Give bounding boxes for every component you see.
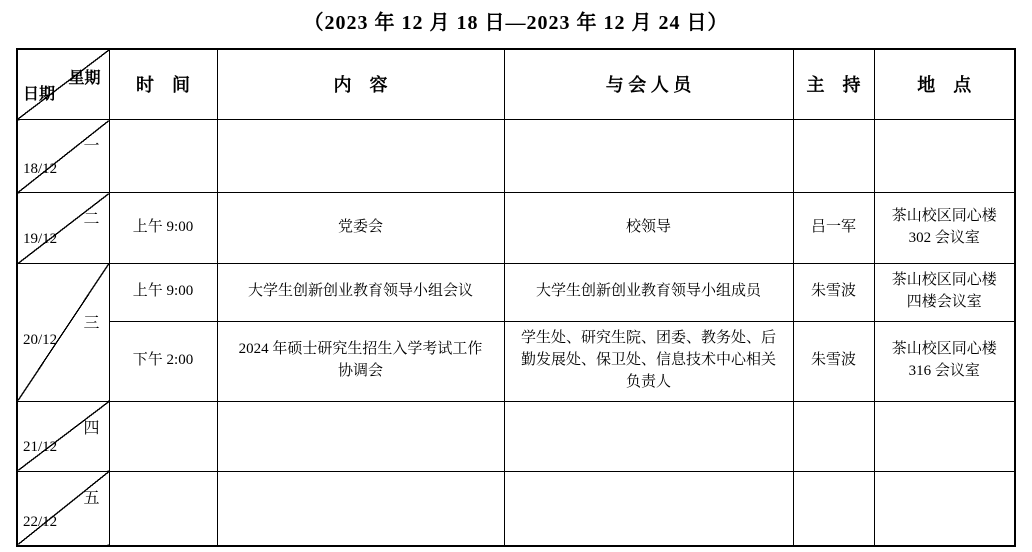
row-monday: 一 18/12 bbox=[17, 120, 1015, 193]
host-cell bbox=[793, 471, 874, 546]
host-cell: 吕一军 bbox=[793, 193, 874, 263]
content-cell bbox=[217, 120, 504, 193]
day-cell-tuesday: 二 19/12 bbox=[17, 193, 109, 263]
row-friday: 五 22/12 bbox=[17, 471, 1015, 546]
day-cell-wednesday: 三 20/12 bbox=[17, 263, 109, 401]
row-tuesday: 二 19/12 上午 9:00 党委会 校领导 吕一军 茶山校区同心楼 302 … bbox=[17, 193, 1015, 263]
weekday-label: 四 bbox=[83, 417, 99, 440]
location-cell: 茶山校区同心楼 316 会议室 bbox=[874, 321, 1015, 401]
content-cell: 大学生创新创业教育领导小组会议 bbox=[217, 263, 504, 321]
header-corner-week-label: 星期 bbox=[68, 67, 100, 90]
attendees-cell bbox=[504, 120, 793, 193]
page-title: （2023 年 12 月 18 日—2023 年 12 月 24 日） bbox=[0, 6, 1032, 35]
weekday-label: 二 bbox=[83, 208, 99, 231]
header-cell-attendees: 与 会 人 员 bbox=[504, 49, 793, 120]
host-cell bbox=[793, 120, 874, 193]
attendees-cell bbox=[504, 401, 793, 471]
time-cell: 上午 9:00 bbox=[109, 193, 217, 263]
content-cell: 2024 年硕士研究生招生入学考试工作 协调会 bbox=[217, 321, 504, 401]
date-label: 22/12 bbox=[23, 512, 57, 534]
date-label: 20/12 bbox=[23, 330, 57, 352]
weekday-label: 五 bbox=[83, 487, 99, 510]
location-cell bbox=[874, 120, 1015, 193]
header-cell-host: 主 持 bbox=[793, 49, 874, 120]
header-cell-location: 地 点 bbox=[874, 49, 1015, 120]
time-cell bbox=[109, 471, 217, 546]
content-cell: 党委会 bbox=[217, 193, 504, 263]
weekday-label: 一 bbox=[83, 135, 99, 158]
weekday-label: 三 bbox=[83, 312, 99, 335]
attendees-cell: 学生处、研究生院、团委、教务处、后 勤发展处、保卫处、信息技术中心相关 负责人 bbox=[504, 321, 793, 401]
day-cell-friday: 五 22/12 bbox=[17, 471, 109, 546]
date-label: 19/12 bbox=[23, 229, 57, 251]
location-cell bbox=[874, 401, 1015, 471]
content-cell bbox=[217, 471, 504, 546]
schedule-page: （2023 年 12 月 18 日—2023 年 12 月 24 日） 星期 日… bbox=[0, 0, 1032, 552]
day-cell-thursday: 四 21/12 bbox=[17, 401, 109, 471]
attendees-cell: 校领导 bbox=[504, 193, 793, 263]
location-cell: 茶山校区同心楼 302 会议室 bbox=[874, 193, 1015, 263]
header-row: 星期 日期 时 间 内 容 与 会 人 员 主 持 地 点 bbox=[17, 49, 1015, 120]
header-corner-cell: 星期 日期 bbox=[17, 49, 109, 120]
date-label: 21/12 bbox=[23, 437, 57, 459]
attendees-cell: 大学生创新创业教育领导小组成员 bbox=[504, 263, 793, 321]
time-cell bbox=[109, 120, 217, 193]
time-cell bbox=[109, 401, 217, 471]
date-label: 18/12 bbox=[23, 159, 57, 181]
host-cell bbox=[793, 401, 874, 471]
content-cell bbox=[217, 401, 504, 471]
header-corner-date-label: 日期 bbox=[23, 83, 55, 106]
attendees-cell bbox=[504, 471, 793, 546]
row-wednesday-am: 三 20/12 上午 9:00 大学生创新创业教育领导小组会议 大学生创新创业教… bbox=[17, 263, 1015, 321]
day-cell-monday: 一 18/12 bbox=[17, 120, 109, 193]
time-cell: 上午 9:00 bbox=[109, 263, 217, 321]
schedule-table: 星期 日期 时 间 内 容 与 会 人 员 主 持 地 点 一 18/12 二 bbox=[16, 48, 1016, 547]
host-cell: 朱雪波 bbox=[793, 263, 874, 321]
time-cell: 下午 2:00 bbox=[109, 321, 217, 401]
location-cell: 茶山校区同心楼 四楼会议室 bbox=[874, 263, 1015, 321]
header-cell-time: 时 间 bbox=[109, 49, 217, 120]
header-cell-content: 内 容 bbox=[217, 49, 504, 120]
location-cell bbox=[874, 471, 1015, 546]
row-thursday: 四 21/12 bbox=[17, 401, 1015, 471]
row-wednesday-pm: 下午 2:00 2024 年硕士研究生招生入学考试工作 协调会 学生处、研究生院… bbox=[17, 321, 1015, 401]
host-cell: 朱雪波 bbox=[793, 321, 874, 401]
